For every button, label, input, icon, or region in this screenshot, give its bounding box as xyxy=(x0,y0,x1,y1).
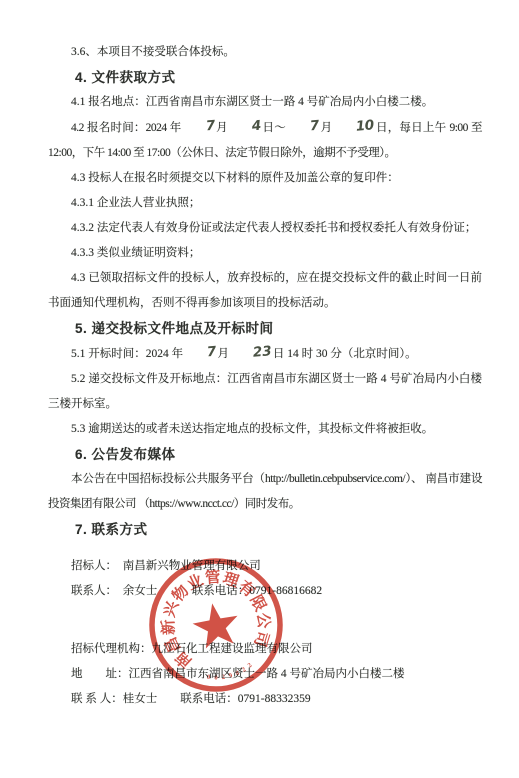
clause-4-3-1: 4.3.1 企业法人营业执照； xyxy=(48,191,482,216)
agency-address-row: 地 址：江西省南昌市东湖区贤士一路 4 号矿冶局内小白楼二楼 xyxy=(48,662,482,687)
handwritten-day-1: 4 xyxy=(227,114,263,142)
section-6-heading: 6. 公告发布媒体 xyxy=(48,442,482,467)
clause-5-1: 5.1 开标时间：2024 年7月23日 14 时 30 分（北京时间）。 xyxy=(48,341,482,367)
agency-row: 招标代理机构：九江石化工程建设监理有限公司 xyxy=(48,637,482,662)
contact-block: 招标人： 南昌新兴物业管理有限公司 联系人： 余女士 联系电话：0791-868… xyxy=(48,554,482,712)
clause-4-3-2: 4.3.2 法定代表人有效身份证或法定代表人授权委托书和授权委托人有效身份证； xyxy=(48,216,482,241)
handwritten-month-3: 7 xyxy=(182,340,218,368)
clause-4-3: 4.3 投标人在报名时须提交以下材料的原件及加盖公章的复印件： xyxy=(48,166,482,191)
document-body: 3.6、本项目不接受联合体投标。 4. 文件获取方式 4.1 报名地点：江西省南… xyxy=(48,40,482,712)
handwritten-month-1: 7 xyxy=(180,114,216,142)
clause-4-2-text: 4.2 报名时间：2024 年 xyxy=(71,122,182,134)
section-5-heading: 5. 递交投标文件地点及开标时间 xyxy=(48,316,482,341)
handwritten-day-3: 23 xyxy=(228,339,274,368)
agency-contact-row: 联 系 人：桂女士 联系电话：0791-88332359 xyxy=(48,687,482,712)
clause-5-1-text: 5.1 开标时间：2024 年 xyxy=(71,348,183,360)
clause-4-2: 4.2 报名时间：2024 年7月4日～7月10日，每日上午 9:00 至 12… xyxy=(48,115,482,166)
handwritten-month-2: 7 xyxy=(285,114,321,142)
tenderer-row: 招标人： 南昌新兴物业管理有限公司 xyxy=(48,554,482,579)
tenderer-contact-row: 联系人： 余女士 联系电话：0791-86816682 xyxy=(48,579,482,604)
clause-6-body: 本公告在中国招标投标公共服务平台（http://bulletin.cebpubs… xyxy=(48,467,482,517)
clause-5-3: 5.3 逾期送达的或者未送达指定地点的投标文件，其投标文件将被拒收。 xyxy=(48,417,482,442)
scanned-tender-document-page: 3.6、本项目不接受联合体投标。 4. 文件获取方式 4.1 报名地点：江西省南… xyxy=(0,0,519,778)
clause-4-3-withdraw: 4.3 已领取招标文件的投标人，放弃投标的，应在提交投标文件的截止时间一日前书面… xyxy=(48,266,482,316)
clause-4-3-3: 4.3.3 类似业绩证明资料； xyxy=(48,241,482,266)
section-4-heading: 4. 文件获取方式 xyxy=(48,65,482,90)
handwritten-day-2: 10 xyxy=(331,113,376,142)
clause-5-2: 5.2 递交投标文件及开标地点：江西省南昌市东湖区贤士一路 4 号矿冶局内小白楼… xyxy=(48,367,482,417)
section-7-heading: 7. 联系方式 xyxy=(48,517,482,542)
clause-4-1: 4.1 报名地点：江西省南昌市东湖区贤士一路 4 号矿冶局内小白楼二楼。 xyxy=(48,90,482,115)
clause-3-6: 3.6、本项目不接受联合体投标。 xyxy=(48,40,482,65)
